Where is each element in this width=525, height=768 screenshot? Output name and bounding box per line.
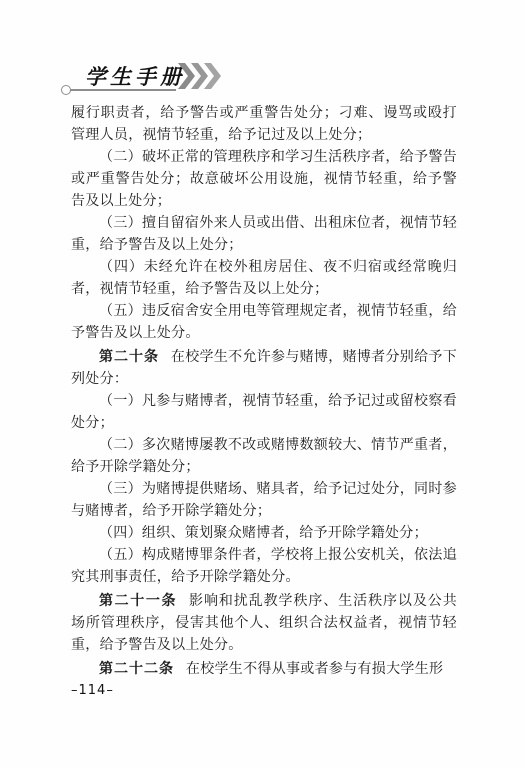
paragraph: （三）为赌博提供赌场、赌具者，给予记过处分，同时参与赌博者，给予开除学籍处分；	[71, 479, 457, 523]
header-underline	[66, 89, 176, 91]
paragraph: 第二十一条影响和扰乱教学秩序、生活秩序以及公共场所管理秩序，侵害其他个人、组织合…	[71, 589, 457, 657]
article-number: 第二十一条	[99, 592, 177, 608]
document-body: 履行职责者，给予警告或严重警告处分；刁难、谩骂或殴打管理人员，视情节轻重，给予记…	[71, 103, 457, 681]
paragraph: （四）组织、策划聚众赌博者，给予开除学籍处分；	[71, 523, 457, 545]
paragraph: （三）擅自留宿外来人员或出借、出租床位者，视情节轻重，给予警告及以上处分；	[71, 213, 457, 257]
article-number: 第二十条	[99, 348, 159, 364]
paragraph: （二）破坏正常的管理秩序和学习生活秩序者，给予警告或严重警告处分；故意破坏公用设…	[71, 147, 457, 213]
handbook-title: 学生手册	[85, 61, 185, 91]
paragraph: （二）多次赌博屡教不改或赌博数额较大、情节严重者，给予开除学籍处分；	[71, 435, 457, 479]
paragraph: 第二十二条在校学生不得从事或者参与有损大学生形	[71, 657, 457, 681]
paragraph: 履行职责者，给予警告或严重警告处分；刁难、谩骂或殴打管理人员，视情节轻重，给予记…	[71, 103, 457, 147]
paragraph: （五）构成赌博罪条件者，学校将上报公安机关，依法追究其刑事责任，给予开除学籍处分…	[71, 545, 457, 589]
circle-ornament-icon	[61, 85, 71, 95]
handbook-page: 学生手册 履行职责者，给予警告或严重警告处分；刁难、谩骂或殴打管理人员，视情节轻…	[0, 0, 525, 768]
paragraph: （五）违反宿舍安全用电等管理规定者，视情节轻重，给予警告及以上处分。	[71, 301, 457, 345]
paragraph: （四）未经允许在校外租房居住、夜不归宿或经常晚归者，视情节轻重，给予警告及以上处…	[71, 257, 457, 301]
page-header: 学生手册	[61, 60, 241, 94]
page-number: –114–	[71, 683, 114, 698]
paragraph: 第二十条在校学生不允许参与赌博，赌博者分别给予下列处分：	[71, 345, 457, 391]
article-number: 第二十二条	[99, 660, 174, 676]
paragraph: （一）凡参与赌博者，视情节轻重，给予记过或留校察看处分；	[71, 391, 457, 435]
triple-chevron-right-icon	[178, 63, 226, 89]
